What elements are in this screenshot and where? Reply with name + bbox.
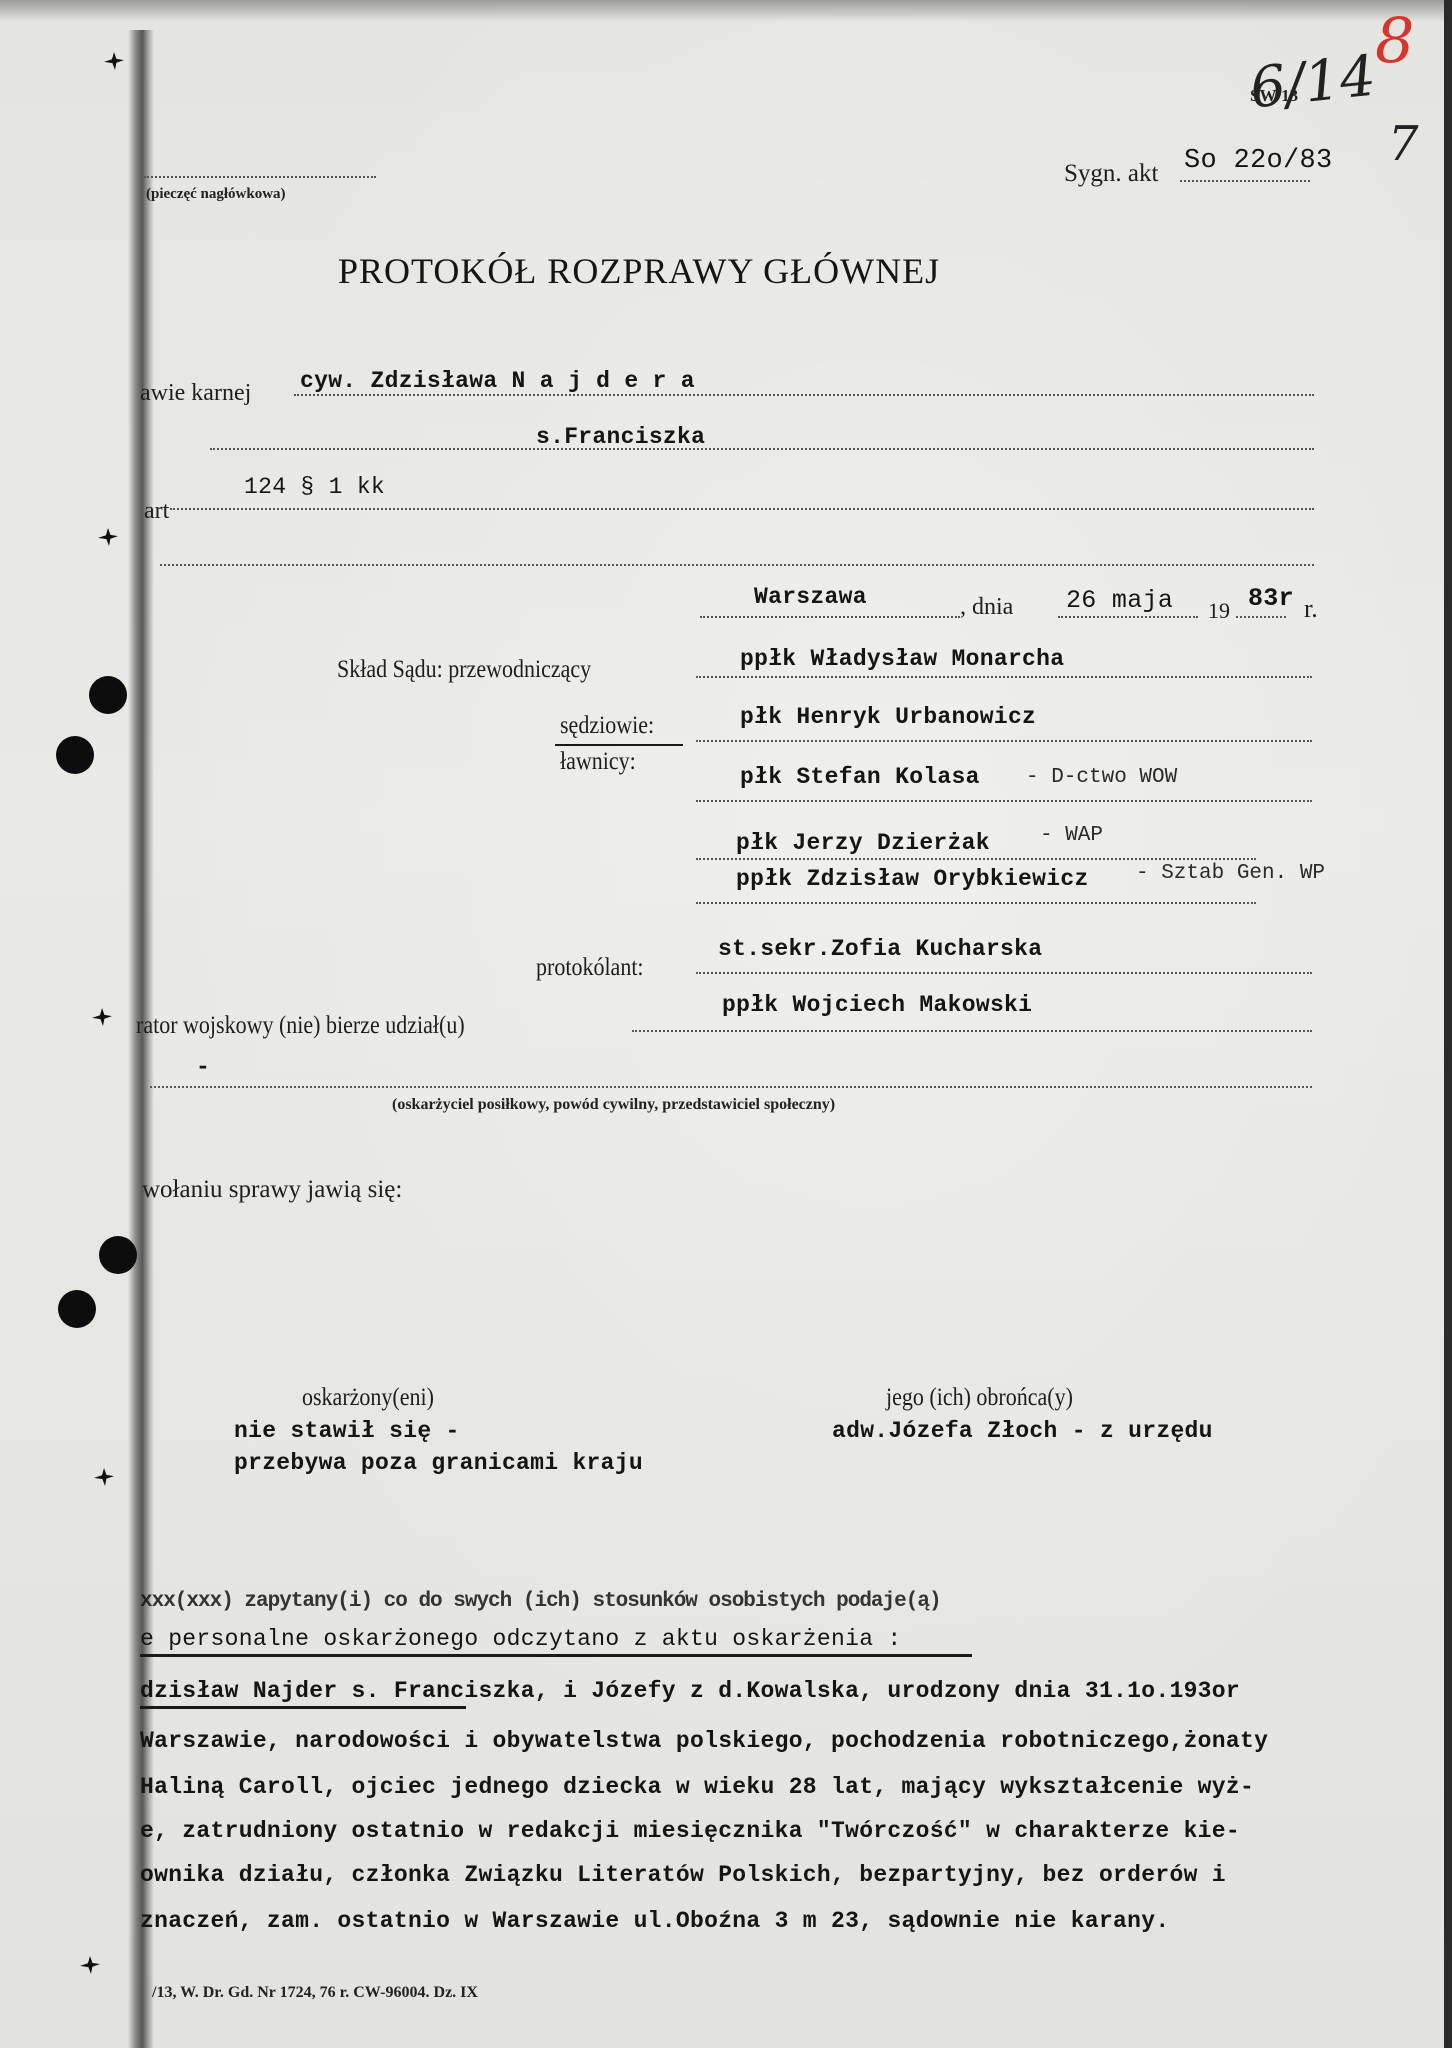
lay-judge-name: ppłk Zdzisław Orybkiewicz — [736, 866, 1089, 892]
article-value: 124 § 1 kk — [244, 474, 385, 500]
criminal-case-label: awie karnej — [140, 380, 251, 407]
judges-underline — [555, 744, 683, 746]
dotted-line — [696, 676, 1312, 678]
personal-data-line: znaczeń, zam. ostatnio w Warszawie ul.Ob… — [140, 1908, 1169, 1934]
dotted-line — [1236, 616, 1286, 618]
prosecutor-label: rator wojskowy (nie) bierze udział(u) — [136, 1012, 465, 1040]
dotted-line — [1058, 616, 1198, 618]
presiding-judge: ppłk Władysław Monarcha — [740, 646, 1064, 672]
punch-hole — [89, 676, 127, 714]
dotted-line — [170, 508, 1314, 510]
personal-data-line: ownika działu, członka Związku Literatów… — [140, 1862, 1226, 1888]
dotted-line — [696, 858, 1256, 860]
handwritten-page-number: 6/14 — [1247, 44, 1379, 122]
prosecutor-name: ppłk Wojciech Makowski — [722, 992, 1032, 1018]
accused-status: przebywa poza granicami kraju — [234, 1450, 643, 1476]
staple-mark — [92, 1008, 112, 1026]
dotted-line — [696, 972, 1312, 974]
handwritten-mark: 7 — [1388, 116, 1419, 172]
judge: płk Henryk Urbanowicz — [740, 704, 1036, 730]
personal-data-heading: e personalne oskarżonego odczytano z akt… — [140, 1626, 902, 1652]
dotted-line — [144, 176, 376, 178]
day-label: , dnia — [960, 594, 1013, 621]
personal-data-line: Haliną Caroll, ojciec jednego dziecka w … — [140, 1774, 1254, 1800]
print-info: /13, W. Dr. Gd. Nr 1724, 76 r. CW-96004.… — [152, 1984, 478, 2002]
defender-label: jego (ich) obrońca(y) — [886, 1384, 1073, 1412]
red-page-number: 8 — [1375, 4, 1414, 77]
defender-name: adw.Józefa Złoch - z urzędu — [832, 1418, 1213, 1444]
dotted-line — [210, 448, 1314, 450]
article-label: art — [144, 498, 169, 525]
lay-judges-label: ławnicy: — [560, 748, 636, 776]
year-value: 83r — [1248, 584, 1294, 613]
lay-judge-name: płk Stefan Kolasa — [740, 764, 980, 790]
personal-data-line: dzisław Najder s. Franciszka, i Józefy z… — [140, 1678, 1240, 1704]
personal-data-line: Warszawie, narodowości i obywatelstwa po… — [140, 1728, 1268, 1754]
dotted-line — [696, 800, 1312, 802]
other-parties-caption: (oskarżyciel posiłkowy, powód cywilny, p… — [392, 1096, 835, 1114]
other-parties-value: - — [196, 1054, 210, 1080]
staple-mark — [94, 1468, 114, 1486]
scanned-page: SW/13 6/14 8 7 Sygn. akt So 22o/83 (piec… — [0, 0, 1452, 2048]
copy-shadow-top — [0, 0, 1452, 22]
punch-hole — [58, 1290, 96, 1328]
name-underline — [140, 1706, 466, 1709]
file-ref-label: Sygn. akt — [1064, 160, 1158, 188]
dotted-line — [632, 1030, 1312, 1032]
century: 19 — [1208, 598, 1230, 624]
dotted-line — [150, 1086, 1312, 1088]
call-label: wołaniu sprawy jawią się: — [142, 1176, 402, 1204]
dotted-line — [294, 394, 1314, 396]
clerk-label: protokólant: — [536, 954, 644, 982]
file-ref-value: So 22o/83 — [1184, 146, 1333, 176]
staple-mark — [104, 52, 124, 70]
document-title: PROTOKÓŁ ROZPRAWY GŁÓWNEJ — [338, 250, 940, 292]
accused-status: nie stawił się - — [234, 1418, 460, 1444]
lay-judge-unit: - WAP — [1040, 824, 1103, 847]
header-stamp-caption: (pieczęć nagłówkowa) — [146, 186, 286, 203]
dotted-line — [696, 902, 1256, 904]
dotted-line — [1180, 180, 1310, 182]
struck-out-line: xxx(xxx) zapytany(i) co do swych (ich) s… — [140, 1590, 941, 1613]
lay-judge-unit: - Sztab Gen. WP — [1136, 862, 1325, 885]
staple-mark — [98, 528, 118, 546]
court-composition-label: Skład Sądu: przewodniczący — [337, 656, 591, 684]
year-suffix: r. — [1304, 594, 1318, 624]
heading-underline — [140, 1654, 972, 1657]
accused-label: oskarżony(eni) — [302, 1384, 434, 1412]
punch-hole — [56, 736, 94, 774]
day-value: 26 maja — [1066, 586, 1173, 615]
dotted-line — [696, 740, 1312, 742]
defendant-father: s.Franciszka — [536, 424, 705, 450]
dotted-line — [700, 616, 960, 618]
clerk-name: st.sekr.Zofia Kucharska — [718, 936, 1042, 962]
personal-data-line: e, zatrudniony ostatnio w redakcji miesi… — [140, 1818, 1240, 1844]
lay-judge-unit: - D-ctwo WOW — [1026, 766, 1177, 789]
lay-judge-name: płk Jerzy Dzierżak — [736, 830, 990, 856]
punch-hole — [99, 1236, 137, 1274]
defendant-name: cyw. Zdzisława N a j d e r a — [300, 368, 695, 394]
staple-mark — [80, 1956, 100, 1974]
page-edge — [1444, 0, 1452, 2048]
dotted-line — [160, 564, 1314, 566]
judges-label: sędziowie: — [560, 712, 654, 740]
place: Warszawa — [754, 584, 867, 610]
